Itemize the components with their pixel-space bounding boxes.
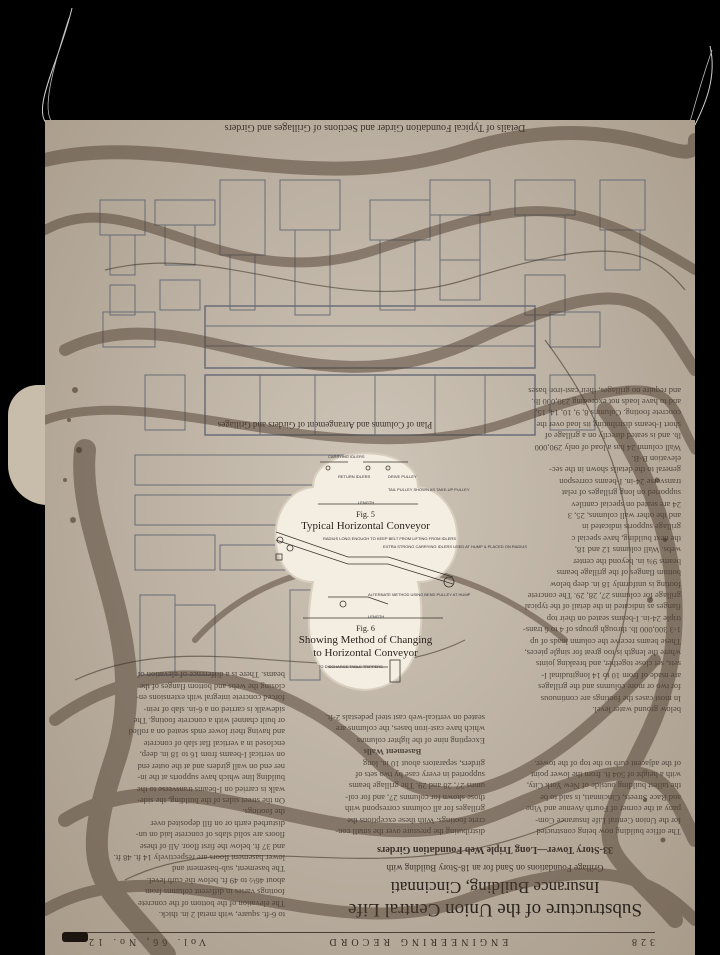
fig5-annotation-drive-pulley: DRIVE PULLEY: [388, 474, 417, 479]
quatrefoil-cutout: CARRYING IDLERS RETURN IDLERS DRIVE PULL…: [268, 432, 463, 692]
fig6-title-line2: to Horizontal Conveyor: [268, 647, 463, 659]
fig6-annotation-length: LENGTH: [368, 614, 384, 619]
fig6-annotation-radius: RADIUS LONG ENOUGH TO KEEP BELT FROM LIF…: [323, 536, 456, 541]
fig6-annotation-alternate: ALTERNATE METHOD USING BEND PULLEY AT HU…: [368, 592, 470, 597]
fig5-title: Typical Horizontal Conveyor: [268, 520, 463, 532]
fig6-annotation-discharge: TO DISCHARGE TABLE TRIPPERS: [318, 664, 383, 669]
fig5-annotation-tail-pulley: TAIL PULLEY SHOWN AS TAKE-UP PULLEY: [388, 487, 470, 492]
fig6-annotation-extra-strong: EXTRA STRONG CARRYING IDLERS USED AT HUM…: [383, 544, 527, 549]
binder-clip: [62, 932, 88, 942]
fig5-annotation-carrying-idlers: CARRYING IDLERS: [328, 454, 365, 459]
fig6-label: Fig. 6: [268, 624, 463, 633]
fig5-annotation-length: LENGTH: [358, 500, 374, 505]
fig5-annotation-return-idlers: RETURN IDLERS: [338, 474, 370, 479]
fig6-title-line1: Showing Method of Changing: [268, 634, 463, 646]
book-page: 328 ENGINEERING RECORD Vol. 66, No. 12 S…: [45, 120, 695, 955]
fig5-label: Fig. 5: [268, 510, 463, 519]
